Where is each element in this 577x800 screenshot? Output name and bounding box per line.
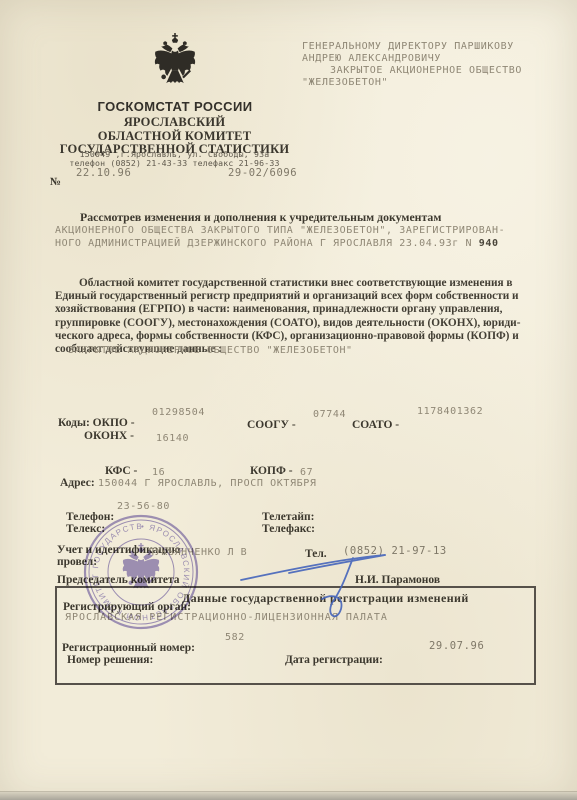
paragraph-line: ческого адреса, формы собственности (КФС… (55, 330, 530, 343)
phone-value: 23-56-80 (117, 501, 170, 512)
document-outgoing-number: 29-02/6096 (228, 167, 297, 179)
soogu-value: 07744 (313, 409, 346, 420)
decision-number-label: Номер решения: (67, 654, 153, 666)
paragraph-line: Областной комитет государственной статис… (55, 277, 530, 290)
document-page: ГОСКОМСТАТ РОССИИ ЯРОСЛАВСКИЙ ОБЛАСТНОЙ … (0, 0, 577, 800)
registration-date-label: Дата регистрации: (285, 654, 383, 666)
registration-date-value: 29.07.96 (429, 640, 484, 652)
addressee-line: АНДРЕЮ АЛЕКСАНДРОВИЧУ (302, 53, 522, 65)
codes-okpo-label: Коды: ОКПО - (58, 417, 135, 429)
kopf-value: 67 (300, 467, 313, 478)
reg-number-label: Регистрационный номер: (62, 642, 195, 654)
registration-number-overstruck: 940 (479, 238, 499, 249)
scan-bottom-edge (0, 792, 577, 800)
addressee-line: ЗАКРЫТОЕ АКЦИОНЕРНОЕ ОБЩЕСТВО (302, 65, 522, 77)
addressee-line: ГЕНЕРАЛЬНОМУ ДИРЕКТОРУ ПАРШИКОВУ (302, 41, 522, 53)
intro-typed-line-2-text: НОГО АДМИНИСТРАЦИЕЙ ДЗЕРЖИНСКОГО РАЙОНА … (55, 238, 472, 249)
official-round-stamp: • ЯРОСЛАВСКИЙ ОБЛАСТНОЙ КОМИТЕТ ГОСУДАРС… (82, 513, 200, 631)
intro-typed-line-2: НОГО АДМИНИСТРАЦИЕЙ ДЗЕРЖИНСКОГО РАЙОНА … (55, 238, 499, 249)
okonh-label: ОКОНХ - (84, 430, 134, 442)
teletype-label: Телетайп: (262, 511, 315, 523)
committee-line-2: ОБЛАСТНОЙ КОМИТЕТ (32, 130, 317, 144)
addressee-line: "ЖЕЛЕЗОБЕТОН" (302, 77, 522, 89)
intro-typed-line-1: АКЦИОНЕРНОГО ОБЩЕСТВА ЗАКРЫТОГО ТИПА "ЖЕ… (55, 225, 505, 236)
kopf-label: КОПФ - (250, 465, 293, 477)
coat-of-arms-eagle-icon (149, 33, 201, 97)
soato-value: 1178401362 (417, 406, 483, 417)
address-label: Адрес: (60, 477, 95, 489)
kfs-value: 16 (152, 467, 165, 478)
okonh-value: 16140 (156, 433, 189, 444)
paragraph-line: группировке (СООГУ), местонахождения (СО… (55, 317, 530, 330)
paragraph-line: хозяйствования (ЕГРПО) в части: наименов… (55, 303, 530, 316)
intro-printed-text: Рассмотрев изменения и дополнения к учре… (80, 210, 441, 225)
soato-label: СОАТО - (352, 419, 399, 431)
paragraph-line: Единый государственный регистр предприят… (55, 290, 530, 303)
letterhead-org-name: ГОСКОМСТАТ РОССИИ (60, 99, 290, 114)
company-name-typed: ЗАКРЫТОЕ АКЦИОНЕРНОЕ ОБЩЕСТВО "ЖЕЛЕЗОБЕТ… (68, 345, 353, 356)
address-value: 150044 Г ЯРОСЛАВЛЬ, ПРОСП ОКТЯБРЯ (98, 478, 316, 489)
soogu-label: СООГУ - (247, 419, 296, 431)
number-sign: № (50, 176, 61, 188)
addressee-block: ГЕНЕРАЛЬНОМУ ДИРЕКТОРУ ПАРШИКОВУ АНДРЕЮ … (302, 41, 522, 89)
committee-line-1: ЯРОСЛАВСКИЙ (32, 116, 317, 130)
kfs-label: КФС - (105, 465, 137, 477)
okpo-value: 01298504 (152, 407, 205, 418)
document-date: 22.10.96 (76, 167, 131, 179)
telefax-label: Телефакс: (262, 523, 315, 535)
signature-ink (233, 546, 398, 636)
